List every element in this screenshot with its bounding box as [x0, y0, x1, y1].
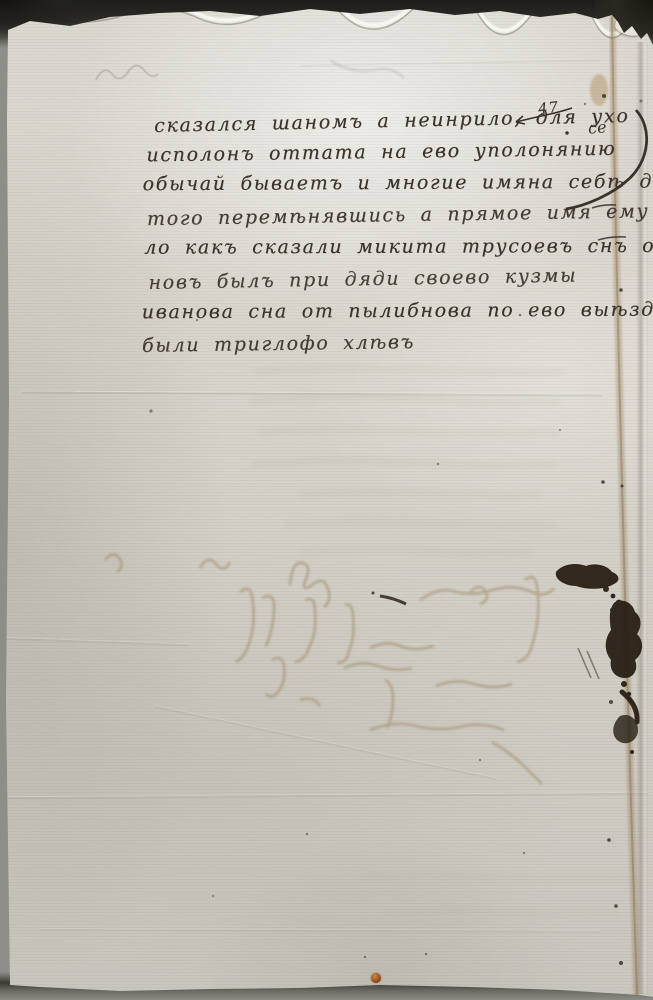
line1-flourish-letters: се — [587, 117, 607, 138]
manuscript-line-4: того перемѣнявшись а прямое имя ему ципи — [147, 201, 653, 229]
paper-crease — [8, 793, 648, 799]
handwriting-block: сказался шаномъ а неинрило, для ухо испо… — [138, 110, 638, 114]
paper-crease — [40, 929, 600, 933]
manuscript-line-8: были триглофо хлѣвъ — [142, 333, 415, 356]
manuscript-photo: сказался шаномъ а неинрило, для ухо испо… — [0, 0, 653, 1000]
paper-crease — [154, 706, 497, 781]
manuscript-line-5: ло какъ сказали микита трусоевъ снъ от н… — [144, 237, 653, 258]
manuscript-line-6: новъ былъ при дяди своево кузмы — [148, 266, 577, 292]
ink-bleedthrough-squiggles — [105, 554, 554, 784]
paper-crease — [0, 638, 190, 647]
pencil-squiggle — [96, 60, 404, 80]
ink-blots — [556, 564, 642, 754]
manuscript-line-3: обычай бываетъ и многие имяна себѣ для — [143, 172, 653, 194]
fold-stain — [590, 16, 637, 996]
folio-number: 47 — [537, 98, 560, 118]
paper-crease — [22, 391, 602, 396]
dark-ink-streak — [372, 592, 407, 605]
wax-seal-dot — [371, 973, 381, 983]
manuscript-line-2: исполонъ оттата на ево уполонянию — [146, 140, 616, 166]
fold-holes — [601, 94, 623, 965]
manuscript-page: сказался шаномъ а неинрило, для ухо испо… — [0, 0, 653, 1000]
paper-crease — [300, 59, 600, 66]
manuscript-line-7: иванова сна от пылибнова по ево выѣздъ — [142, 300, 653, 322]
scratch-marks — [578, 648, 599, 679]
ghost-showthrough-rows — [250, 368, 630, 912]
